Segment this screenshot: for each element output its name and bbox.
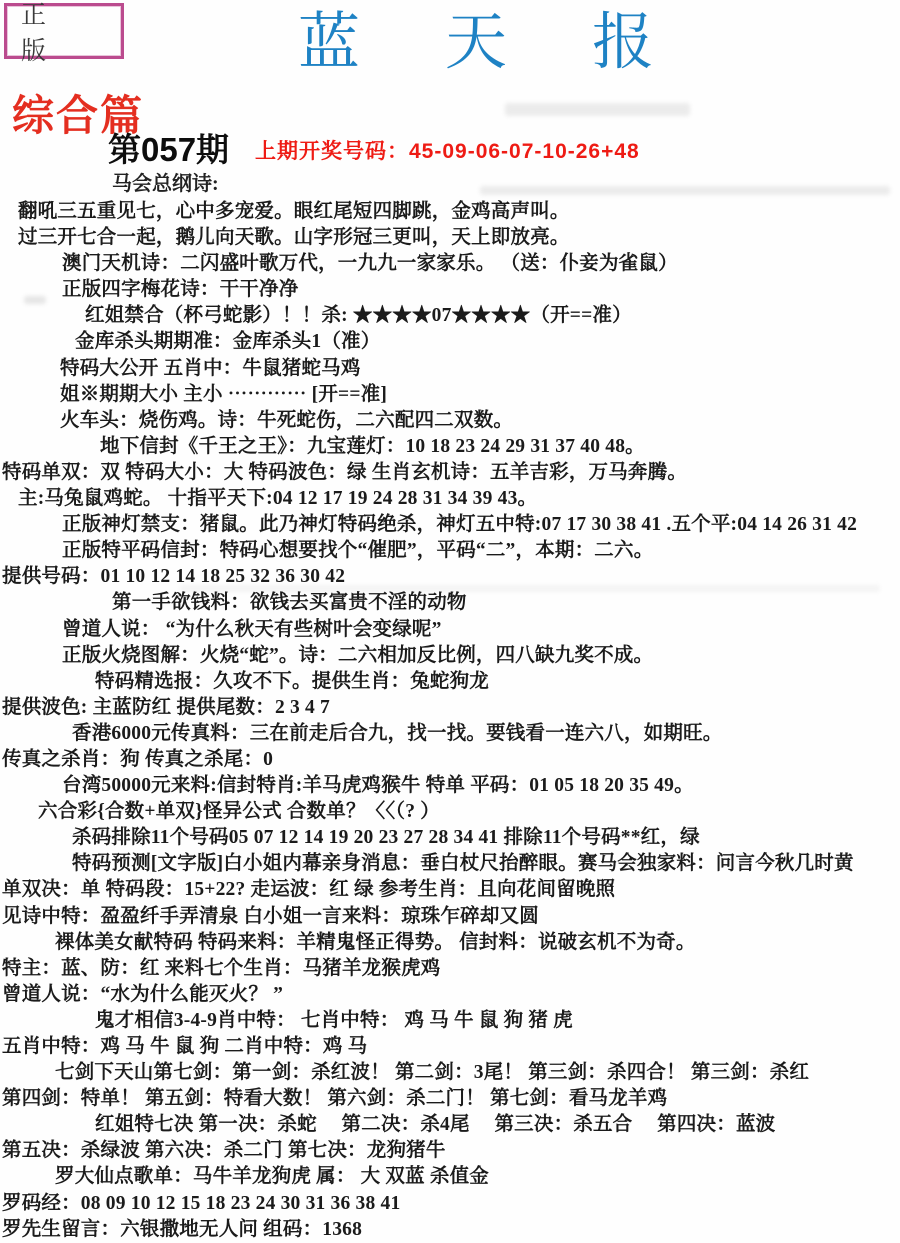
text-line: 主:马兔鼠鸡蛇。 十指平天下:04 12 17 19 24 28 31 34 3…: [0, 486, 900, 512]
body-lines: 翻吼三五重见七，心中多宠爱。眼红尾短四脚跳，金鸡高声叫。过三开七合一起，鹅儿向天…: [0, 199, 900, 1243]
text-line: 正版火烧图解：火烧“蛇”。诗：二六相加反比例，四八缺九奖不成。: [0, 643, 900, 669]
text-line: 提供波色: 主蓝防红 提供尾数：2 3 4 7: [0, 695, 900, 721]
text-line: 地下信封《千王之王》：九宝莲灯：10 18 23 24 29 31 37 40 …: [0, 434, 900, 460]
text-line: 曾道人说：“水为什么能灭火？ ”: [0, 982, 900, 1008]
text-line: 金库杀头期期准：金库杀头1（准）: [0, 329, 900, 355]
text-line: 红姐禁合（杯弓蛇影）！！杀: ★★★★07★★★★（开==准）: [0, 303, 900, 329]
text-line: 澳门天机诗：二闪盛叶歌万代，一九九一家家乐。 （送：仆妾为雀鼠）: [0, 251, 900, 277]
authentic-edition-badge: 正 版: [4, 3, 124, 59]
text-line: 正版特平码信封：特码心想要找个“催肥”，平码“二”，本期：二六。: [0, 538, 900, 564]
newspaper-page: 正 版 蓝天报 综合篇 第057期 上期开奖号码：45-09-06-07-10-…: [0, 0, 900, 1243]
text-line: 七剑下天山第七剑：第一剑：杀红波！ 第二剑：3尾！ 第三剑：杀四合！ 第三剑：杀…: [0, 1060, 900, 1086]
text-line: 六合彩{合数+单双}怪异公式 合数单？〈〈（? ）: [0, 799, 900, 825]
text-line: 特码精选报：久攻不下。提供生肖：兔蛇狗龙: [0, 669, 900, 695]
text-line: 单双决：单 特码段：15+22? 走运波：红 绿 参考生肖：且向花间留晚照: [0, 877, 900, 903]
text-line: 见诗中特：盈盈纤手弄清泉 白小姐一言来料：琼珠乍碎却又圆: [0, 904, 900, 930]
text-line: 红姐特七决 第一决：杀蛇 第二决：杀4尾 第三决：杀五合 第四决：蓝波: [0, 1112, 900, 1138]
text-line: 第四剑：特单！ 第五剑：特看大数！ 第六剑：杀二门！ 第七剑：看马龙羊鸡: [0, 1086, 900, 1112]
text-line: 翻吼三五重见七，心中多宠爱。眼红尾短四脚跳，金鸡高声叫。: [0, 199, 900, 225]
poem-heading: 马会总纲诗:: [112, 172, 219, 196]
text-line: 提供号码：01 10 12 14 18 25 32 36 30 42: [0, 564, 900, 590]
text-line: 传真之杀肖：狗 传真之杀尾：0: [0, 747, 900, 773]
text-line: 台湾50000元来料:信封特肖:羊马虎鸡猴牛 特单 平码：01 05 18 20…: [0, 773, 900, 799]
text-line: 过三开七合一起，鹅儿向天歌。山字形冠三更叫，天上即放亮。: [0, 225, 900, 251]
issue-number: 第057期: [108, 133, 229, 166]
text-line: 正版四字梅花诗：干干净净: [0, 277, 900, 303]
text-line: 罗码经：08 09 10 12 15 18 23 24 30 31 36 38 …: [0, 1191, 900, 1217]
page-title: 蓝天报: [298, 12, 739, 74]
text-line: 裸体美女献特码 特码来料：羊精鬼怪正得势。 信封料：说破玄机不为奇。: [0, 930, 900, 956]
text-line: 特码预测[文字版]白小姐内幕亲身消息：垂白杖尺抬醉眼。赛马会独家料：问言今秋几时…: [0, 851, 900, 877]
text-line: 特码单双：双 特码大小：大 特码波色：绿 生肖玄机诗：五羊吉彩，万马奔腾。: [0, 460, 900, 486]
text-line: 正版神灯禁支：猪鼠。此乃神灯特码绝杀，神灯五中特:07 17 30 38 41 …: [0, 512, 900, 538]
text-line: 杀码排除11个号码05 07 12 14 19 20 23 27 28 34 4…: [0, 825, 900, 851]
text-line: 第一手欲钱料：欲钱去买富贵不淫的动物: [0, 590, 900, 616]
text-line: 鬼才相信3-4-9肖中特： 七肖中特： 鸡 马 牛 鼠 狗 猪 虎: [0, 1008, 900, 1034]
last-draw-numbers: 上期开奖号码：45-09-06-07-10-26+48: [255, 141, 640, 162]
text-line: 罗先生留言：六银撒地无人问 组码：1368: [0, 1217, 900, 1243]
text-line: 罗大仙点歌单：马牛羊龙狗虎 属： 大 双蓝 杀值金: [0, 1164, 900, 1190]
text-line: 五肖中特：鸡 马 牛 鼠 狗 二肖中特：鸡 马: [0, 1034, 900, 1060]
text-line: 特码大公开 五肖中：牛鼠猪蛇马鸡: [0, 356, 900, 382]
text-line: 火车头：烧伤鸡。诗：牛死蛇伤，二六配四二双数。: [0, 408, 900, 434]
watermark-smudge: [505, 103, 690, 116]
text-line: 姐※期期大小 主小 ⋯⋯⋯⋯ [开==准]: [0, 382, 900, 408]
text-line: 特主：蓝、防：红 来料七个生肖：马猪羊龙猴虎鸡: [0, 956, 900, 982]
text-line: 第五决：杀绿波 第六决：杀二门 第七决：龙狗猪牛: [0, 1138, 900, 1164]
watermark-smudge: [480, 186, 890, 195]
text-line: 香港6000元传真料：三在前走后合九，找一找。要钱看一连六八，如期旺。: [0, 721, 900, 747]
text-line: 曾道人说： “为什么秋天有些树叶会变绿呢”: [0, 617, 900, 643]
